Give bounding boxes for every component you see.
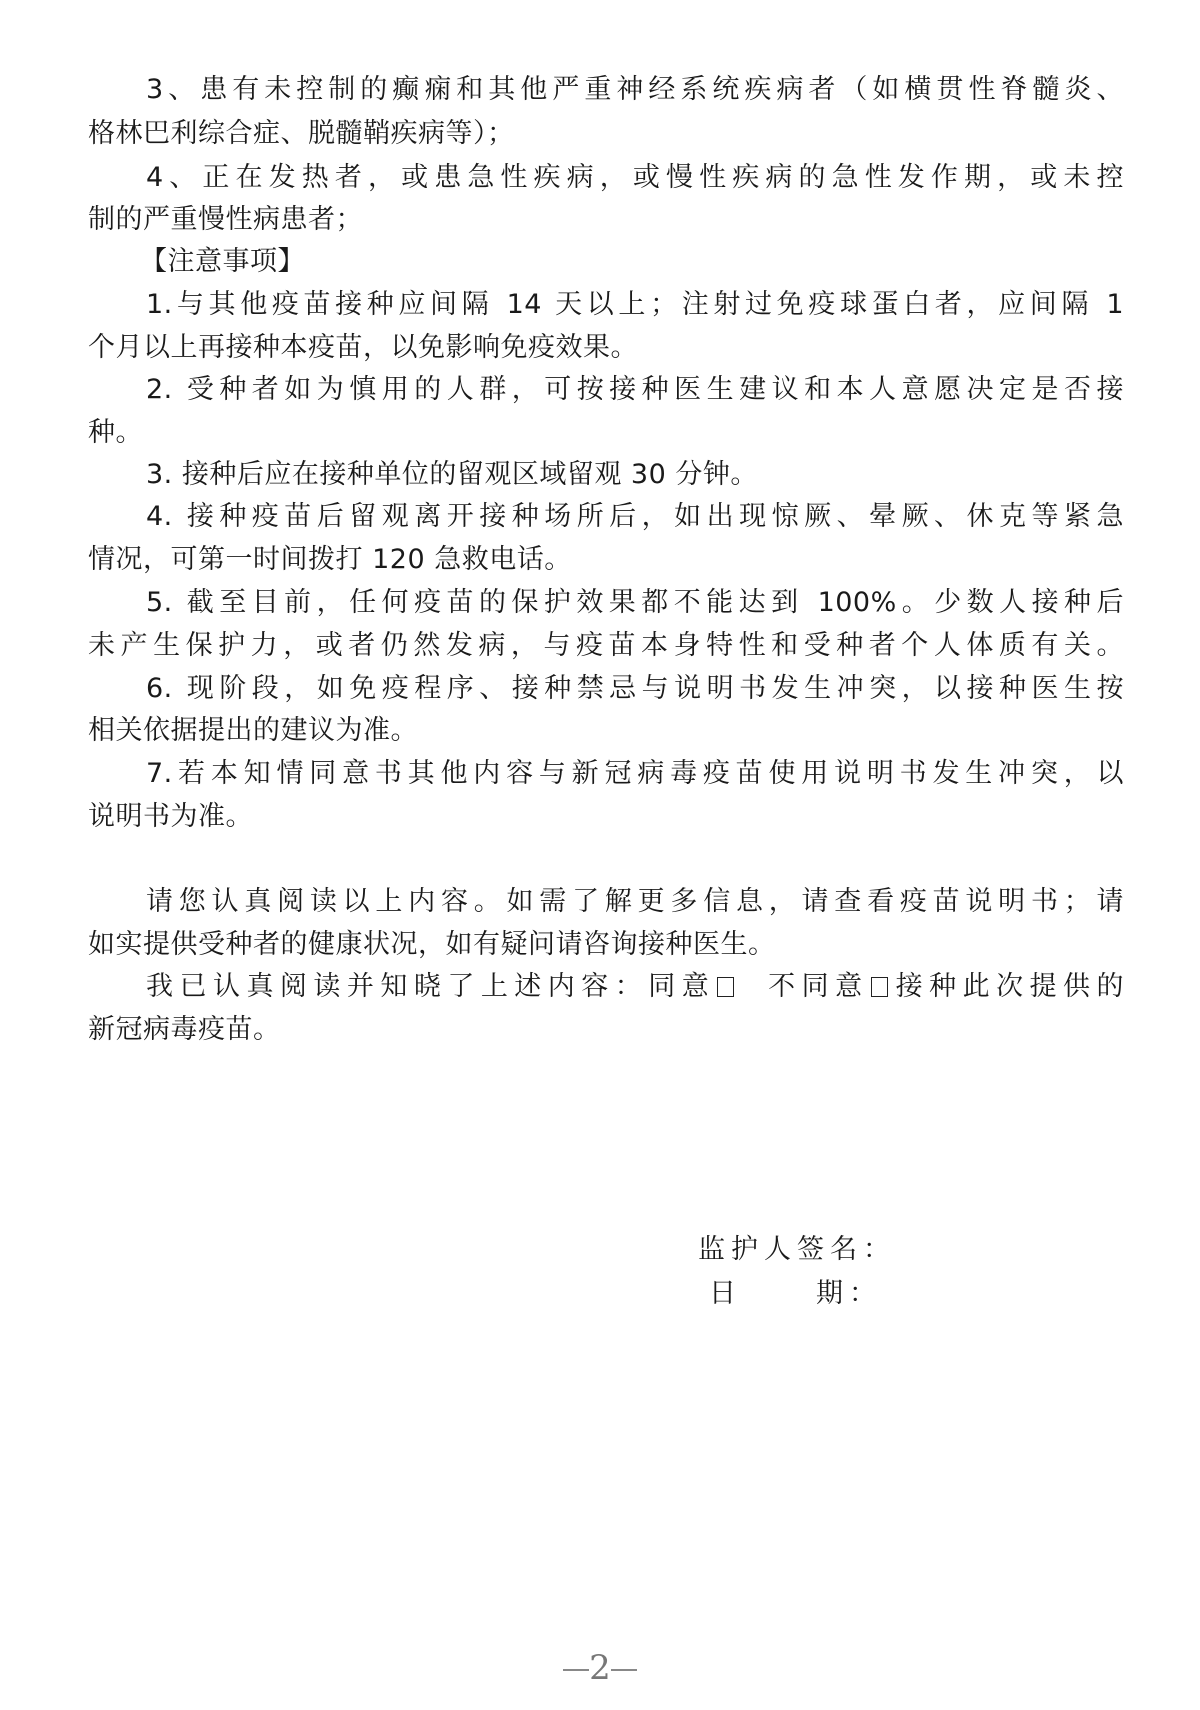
- contraindication-4-line-1: 4、正在发热者，或患急性疾病，或慢性疾病的急性发作期，或未控: [146, 161, 1124, 195]
- contraindication-4-line-2: 制的严重慢性病患者；: [88, 203, 1124, 237]
- consent-suffix: 接种此次提供的: [890, 971, 1124, 1002]
- agree-checkbox[interactable]: [717, 977, 734, 997]
- consent-prefix: 我已认真阅读并知晓了上述内容：同意: [146, 971, 715, 1002]
- note-5-line-2: 未产生保护力，或者仍然发病，与疫苗本身特性和受种者个人体质有关。: [88, 629, 1124, 663]
- note-4-line-1: 4. 接种疫苗后留观离开接种场所后，如出现惊厥、晕厥、休克等紧急: [146, 500, 1124, 534]
- footer-dash-left: [563, 1669, 589, 1671]
- note-6-line-2: 相关依据提出的建议为准。: [88, 714, 1124, 748]
- contraindication-3-line-1: 3、患有未控制的癫痫和其他严重神经系统疾病者（如横贯性脊髓炎、: [146, 73, 1124, 107]
- note-1-line-2: 个月以上再接种本疫苗，以免影响免疫效果。: [88, 331, 1124, 365]
- footer-dash-right: [611, 1669, 637, 1671]
- contraindication-3-line-2: 格林巴利综合症、脱髓鞘疾病等）；: [88, 117, 1124, 151]
- note-7-line-2: 说明书为准。: [88, 800, 1124, 834]
- page-number: 2: [589, 1648, 611, 1688]
- date-label-char-1: 日: [709, 1277, 742, 1311]
- date-label-char-2: 期：: [816, 1277, 882, 1311]
- note-6-line-1: 6. 现阶段，如免疫程序、接种禁忌与说明书发生冲突，以接种医生按: [146, 672, 1124, 706]
- document-page: 3、患有未控制的癫痫和其他严重神经系统疾病者（如横贯性脊髓炎、 格林巴利综合症、…: [0, 0, 1200, 1710]
- notes-heading: 【注意事项】: [140, 245, 1118, 279]
- consent-line-2: 新冠病毒疫苗。: [88, 1013, 1124, 1047]
- note-7-line-1: 7.若本知情同意书其他内容与新冠病毒疫苗使用说明书发生冲突，以: [146, 757, 1124, 791]
- note-5-line-1: 5. 截至目前，任何疫苗的保护效果都不能达到 100%。少数人接种后: [146, 586, 1124, 620]
- reminder-line-1: 请您认真阅读以上内容。如需了解更多信息，请查看疫苗说明书；请: [146, 885, 1124, 919]
- note-3-line-1: 3. 接种后应在接种单位的留观区域留观 30 分钟。: [146, 458, 1124, 492]
- disagree-checkbox[interactable]: [871, 977, 888, 997]
- note-1-line-1: 1.与其他疫苗接种应间隔 14 天以上；注射过免疫球蛋白者，应间隔 1: [146, 288, 1124, 322]
- note-2-line-1: 2. 受种者如为慎用的人群，可按接种医生建议和本人意愿决定是否接: [146, 373, 1124, 407]
- guardian-signature-label: 监护人签名：: [698, 1233, 896, 1267]
- page-number-footer: 2: [0, 1648, 1200, 1688]
- note-2-line-2: 种。: [88, 416, 1124, 450]
- consent-disagree-label: 不同意: [762, 971, 868, 1002]
- consent-line-1: 我已认真阅读并知晓了上述内容：同意不同意接种此次提供的: [146, 970, 1124, 1004]
- reminder-line-2: 如实提供受种者的健康状况，如有疑问请咨询接种医生。: [88, 928, 1124, 962]
- note-4-line-2: 情况，可第一时间拨打 120 急救电话。: [88, 543, 1124, 577]
